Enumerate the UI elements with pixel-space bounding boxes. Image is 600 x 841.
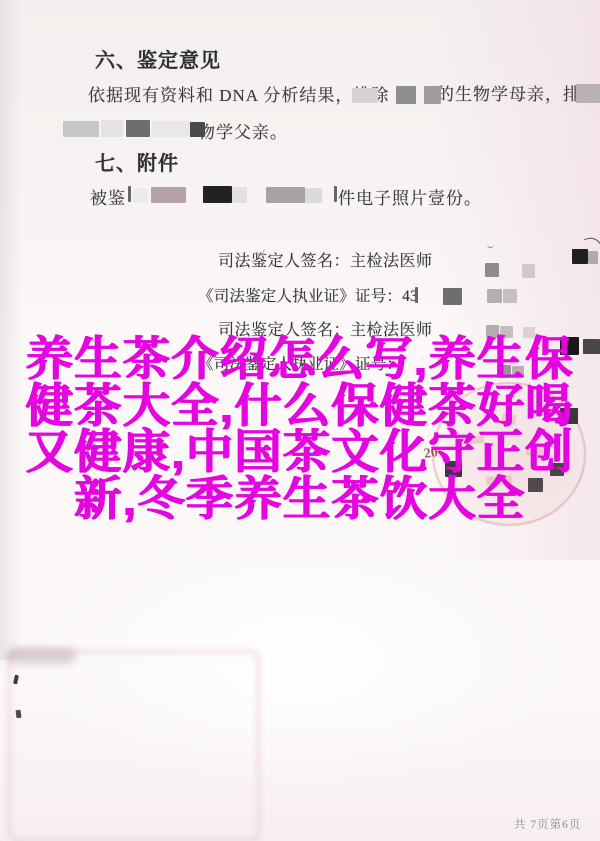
redaction-block [572, 249, 588, 264]
redaction-block [266, 187, 305, 203]
examiner-license-line-1: 《司法鉴定人执业证》证号：43 [198, 284, 418, 306]
pen-squiggle-mark [584, 235, 600, 251]
redaction-block [232, 187, 247, 203]
examiner-signature-line-1: 司法鉴定人签名：主检法医师 [218, 248, 433, 271]
attachment-line-end: 件电子照片壹份。 [338, 184, 482, 209]
watermark-title-line-1: 养生茶介绍怎么写,养生保 [0, 336, 600, 383]
redaction-block [128, 186, 131, 202]
section-six-heading: 六、鉴定意见 [95, 44, 221, 73]
redaction-block [503, 289, 517, 303]
redaction-block [101, 120, 123, 137]
redaction-block [334, 186, 337, 202]
opinion-line1-start: 依据现有资料和 DNA 分析结果，排除 [88, 81, 389, 106]
bleed-through-smudge [6, 648, 76, 664]
redaction-block [151, 187, 186, 203]
redaction-block [522, 264, 535, 278]
section-seven-heading: 七、附件 [95, 147, 179, 176]
redaction-block [487, 289, 502, 303]
redaction-block [588, 251, 598, 264]
redaction-block [485, 263, 499, 277]
redaction-block [396, 86, 416, 104]
watermark-title: 养生茶介绍怎么写,养生保 健茶大全,什么保健茶好喝 又健康,中国茶文化守正创 新… [0, 336, 600, 522]
redaction-block [203, 186, 232, 203]
scan-shading-left [0, 0, 22, 660]
scanned-document-page: 六、鉴定意见 依据现有资料和 DNA 分析结果，排除 的生物学母亲，排除 物学父… [0, 0, 600, 841]
ink-speck [15, 710, 21, 719]
bleed-through-box [8, 650, 260, 841]
opinion-line1-mid: 的生物学母亲，排除 [437, 80, 599, 105]
attachment-line-start: 被鉴 [90, 184, 126, 209]
page-number: 共 7页第6页 [514, 816, 581, 832]
watermark-title-line-2: 健茶大全,什么保健茶好喝 [0, 383, 600, 430]
opinion-line2-end: 物学父亲。 [198, 118, 288, 143]
pen-small-mark [487, 242, 495, 249]
redaction-block [305, 188, 322, 203]
redaction-block [443, 288, 462, 305]
redaction-block [152, 121, 192, 137]
redaction-block [63, 121, 99, 137]
watermark-title-line-4: 新,冬季养生茶饮大全 [0, 476, 600, 523]
watermark-title-line-3: 又健康,中国茶文化守正创 [0, 429, 600, 476]
redaction-block [133, 188, 148, 203]
redaction-block [126, 120, 150, 137]
